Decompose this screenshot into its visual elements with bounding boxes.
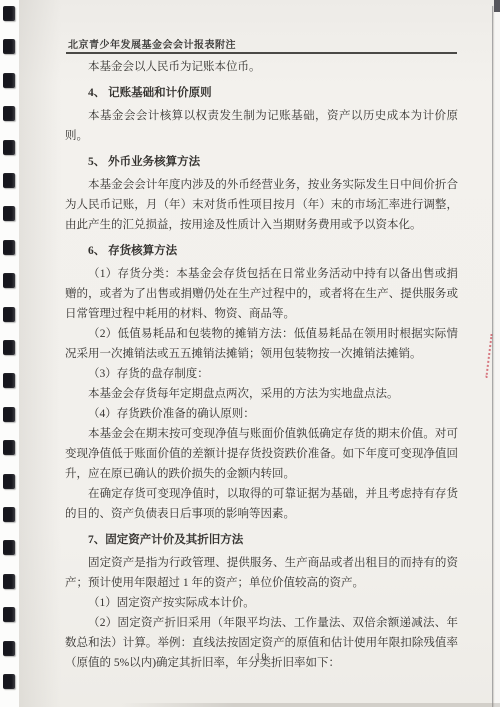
binding-hole	[3, 607, 15, 622]
binding-shadow	[19, 0, 61, 707]
document-header-title: 北京青少年发展基金会会计报表附注	[68, 36, 236, 51]
page-number: 10	[65, 652, 458, 663]
binding-hole	[3, 106, 15, 121]
section-heading: 7、固定资产计价及其折旧方法	[65, 530, 458, 550]
binding-hole	[3, 373, 15, 388]
binding-hole	[3, 173, 15, 188]
binding-hole	[3, 641, 15, 656]
binding-strip	[0, 0, 19, 707]
binding-hole	[3, 307, 15, 322]
paragraph: （1）固定资产按实际成本计价。	[65, 593, 458, 613]
page-edge-line	[492, 6, 493, 707]
paragraph: 本基金会以人民币为记账本位币。	[65, 57, 458, 77]
binding-hole	[3, 507, 15, 522]
binding-hole	[3, 206, 15, 221]
paragraph: （2）固定资产折旧采用（年限平均法、工作量法、双倍余额递减法、年数总和法）计算。…	[65, 613, 458, 673]
paragraph: 本基金会在期末按可变现净值与账面价值孰低确定存货的期末价值。对可变现净值低于账面…	[65, 424, 458, 484]
section-heading: 4、 记账基础和计价原则	[65, 83, 458, 103]
paragraph: 本基金会会计年度内涉及的外币经营业务，按业务实际发生日中间价折合为人民币记账，月…	[65, 175, 458, 235]
binding-hole	[3, 340, 15, 355]
header-rule	[66, 52, 457, 54]
binding-hole	[3, 440, 15, 455]
binding-hole	[3, 474, 15, 489]
paragraph: （4）存货跌价准备的确认原则：	[65, 404, 458, 424]
paragraph: （3）存货的盘存制度：	[65, 364, 458, 384]
binding-hole	[3, 407, 15, 422]
paragraph: 本基金会会计核算以权责发生制为记账基础，资产以历史成本为计价原则。	[65, 106, 458, 146]
paragraph: （2）低值易耗品和包装物的摊销方法：低值易耗品在领用时根据实际情况采用一次摊销法…	[65, 324, 458, 364]
binding-hole	[3, 39, 15, 54]
page-right-margin	[494, 0, 500, 707]
paragraph: 本基金会存货每年定期盘点两次，采用的方法为实地盘点法。	[65, 384, 458, 404]
document-body: 本基金会以人民币为记账本位币。4、 记账基础和计价原则本基金会会计核算以权责发生…	[65, 57, 458, 673]
corner-mark	[494, 0, 500, 12]
binding-hole	[3, 6, 15, 21]
paragraph: （1）存货分类：本基金会存货包括在日常业务活动中持有以备出售或捐赠的，或者为了出…	[65, 264, 458, 324]
binding-hole	[3, 73, 15, 88]
paragraph: 固定资产是指为行政管理、提供服务、生产商品或者出租目的而持有的资产；预计使用年限…	[65, 553, 458, 593]
section-heading: 5、 外币业务核算方法	[65, 152, 458, 172]
scanned-document-page: 北京青少年发展基金会会计报表附注 本基金会以人民币为记账本位币。4、 记账基础和…	[0, 0, 500, 707]
binding-hole	[3, 574, 15, 589]
binding-hole	[3, 674, 15, 689]
binding-hole	[3, 140, 15, 155]
paragraph: 在确定存货可变现净值时，以取得的可靠证据为基础，并且考虑持有存货的目的、资产负债…	[65, 484, 458, 524]
section-heading: 6、 存货核算方法	[65, 241, 458, 261]
binding-hole	[3, 273, 15, 288]
binding-hole	[3, 540, 15, 555]
bottom-edge-shadow	[120, 703, 500, 707]
binding-hole	[3, 240, 15, 255]
